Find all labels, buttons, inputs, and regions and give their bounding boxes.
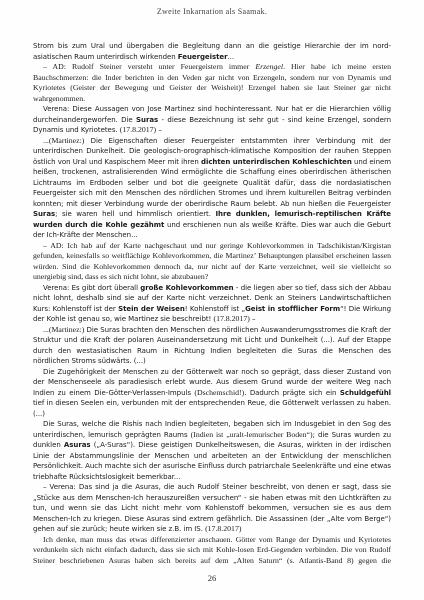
text-segment: tief in diesen Seelen ein, verbunden mit… [33,399,391,418]
paragraph: Die Zugehörigkeit der Menschen zu der Gö… [33,367,391,420]
text-segment: Geist in stofflicher Form [245,305,340,313]
text-segment: (17.8.2017) [120,125,156,134]
running-header: Zweite Inkarnation als Saamak. [0,7,424,16]
text-segment: Asuras [64,441,91,449]
text-segment: (17.8.2017) [213,314,249,323]
text-segment: (Dschemschid!) [194,388,244,397]
paragraph: Verena: Es gibt dort überall große Kohle… [33,283,391,325]
paragraph: Die Suras, welche die Rishis nach Indien… [33,419,391,482]
paragraph: – Verena: Das sind ja die Asuras, die au… [33,482,391,535]
text-segment: große Kohlevorkommen [140,284,233,292]
paragraph: Strom bis zum Ural und übergaben die Beg… [33,41,391,62]
text-segment: ... [228,53,235,61]
paragraph: Ich denke, man muss das etwas differenzi… [33,535,391,566]
text-segment: Ich denke, man muss das etwas differenzi… [33,535,391,566]
text-segment: (Martinez:) [49,136,85,145]
page-number: 26 [0,573,424,583]
document-page: Zweite Inkarnation als Saamak. Strom bis… [0,0,424,600]
paragraph: – AD: Ich hab auf der Karte nachgeschaut… [33,241,391,283]
paragraph: ...(Martinez:) Die Eigenschaften dieser … [33,136,391,241]
text-segment: – [156,126,162,134]
text-segment: (Indien ist „uralt-lemurischer Boden“) [191,430,313,439]
text-segment: ; sie waren hell und himmlisch orientier… [55,210,215,218]
page-body: Strom bis zum Ural und übergaben die Beg… [33,41,391,565]
text-segment: – [250,315,256,323]
text-segment: Erzengel [255,62,283,71]
text-segment: – AD: Ich hab auf der Karte nachgeschaut… [33,241,391,282]
text-segment: . Dadurch prägte sich ein [244,389,340,397]
text-segment: Feuergeister [178,53,228,61]
text-segment: Schuldgefühl [340,389,391,397]
text-segment: – AD: Rudolf Steiner versteht unter Feue… [43,62,255,71]
paragraph: ...(Martinez:) Die Suras brachten den Me… [33,325,391,367]
paragraph: Verena: Diese Aussagen von Jose Martinez… [33,104,391,136]
paragraph: – AD: Rudolf Steiner versteht unter Feue… [33,62,391,104]
text-segment: (Martinez:) [49,325,85,334]
text-segment: Suras [136,116,158,124]
text-segment: ! Kohlenstoff ist „ [185,305,245,313]
text-segment: Stein der Weisen [118,305,185,313]
text-segment: Die Suras brachten den Menschen des nörd… [33,326,391,366]
text-segment: dichten unterirdischen Kohleschichten [201,158,352,166]
text-segment: Verena: Es gibt dort überall [43,284,140,292]
text-segment: Suras [33,210,55,218]
text-segment: (17.8.2017) [205,524,241,533]
